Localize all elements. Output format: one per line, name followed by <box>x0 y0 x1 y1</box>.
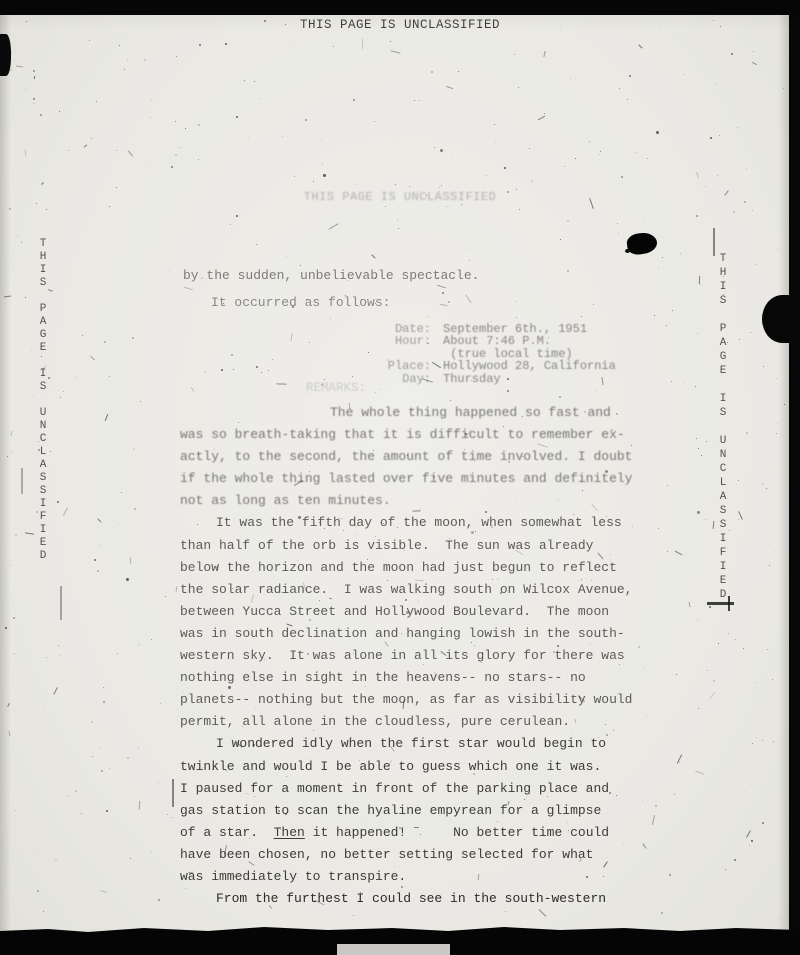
scratch-mark <box>21 468 23 494</box>
text-line: From the furthest I could see in the sou… <box>180 888 660 910</box>
detail-label: Hour: <box>381 335 431 347</box>
scratch-mark <box>172 779 174 807</box>
text-segment: it happened! No better time could <box>305 825 609 840</box>
text-line: twinkle and would I be able to guess whi… <box>180 756 660 778</box>
detail-label: Day: <box>381 373 431 385</box>
text-line: nothing else in sight in the heavens-- n… <box>180 667 660 689</box>
text-line: western sky. It was alone in all its glo… <box>180 645 660 667</box>
text-line: the solar radiance. I was walking south … <box>180 579 660 601</box>
detail-label: Place: <box>381 360 431 372</box>
text-line: was so breath-taking that it is difficul… <box>180 424 660 446</box>
detail-row-place: Place: Hollywood 28, California <box>381 360 616 372</box>
detail-value: Thursday <box>443 373 501 385</box>
text-line-then-it-happened: of a star. Then it happened! No better t… <box>180 822 660 844</box>
next-page-sliver <box>337 944 450 955</box>
text-segment: of a star. <box>180 825 274 840</box>
text-line: The whole thing happened so fast and <box>180 402 660 424</box>
scan-right-border <box>789 0 800 955</box>
intro-line: by the sudden, unbelievable spectacle. <box>183 268 479 283</box>
text-line: gas station to scan the hyaline empyrean… <box>180 800 660 822</box>
sighting-details-block: Date: September 6th., 1951 Hour: About 7… <box>381 323 616 385</box>
text-line: not as long as ten minutes. <box>180 490 660 512</box>
intro-line: It occurred as follows: <box>211 295 390 310</box>
text-line: was immediately to transpire. <box>180 866 660 888</box>
scan-top-border <box>0 0 800 15</box>
text-line: below the horizon and the moon had just … <box>180 557 660 579</box>
text-line: It was the fifth day of the moon, when s… <box>180 512 660 534</box>
text-line: than half of the orb is visible. The sun… <box>180 535 660 557</box>
detail-value: Hollywood 28, California <box>443 360 616 372</box>
detail-row-day: Day: Thursday <box>381 373 616 385</box>
margin-tick-mark <box>707 602 734 605</box>
detail-value: About 7:46 P.M. <box>443 335 551 347</box>
text-line: I paused for a moment in front of the pa… <box>180 778 660 800</box>
text-line: planets-- nothing but the moon, as far a… <box>180 689 660 711</box>
text-line: permit, all alone in the cloudless, pure… <box>180 711 660 733</box>
text-line: between Yucca Street and Hollywood Boule… <box>180 601 660 623</box>
paragraph-3: I wondered idly when the first star woul… <box>180 733 660 888</box>
scratch-mark <box>60 586 62 620</box>
paragraph-2: It was the fifth day of the moon, when s… <box>180 512 660 733</box>
underlined-word: Then <box>274 825 305 840</box>
typewritten-text: by the sudden, unbelievable spectacle. I… <box>0 0 800 955</box>
scratch-mark <box>713 228 715 256</box>
text-line: if the whole thing lasted over five minu… <box>180 468 660 490</box>
text-line: have been chosen, no better setting sele… <box>180 844 660 866</box>
detail-row-hour: Hour: About 7:46 P.M. <box>381 335 616 347</box>
remarks-label: REMARKS: <box>306 381 366 395</box>
text-line: I wondered idly when the first star woul… <box>180 733 660 755</box>
scanned-document-page: THIS PAGE IS UNCLASSIFIED THIS PAGE IS U… <box>0 0 800 955</box>
report-body: The whole thing happened so fast and was… <box>180 402 660 910</box>
paragraph-4: From the furthest I could see in the sou… <box>180 888 660 910</box>
text-line: was in south declination and hanging low… <box>180 623 660 645</box>
ink-blob-dot <box>625 249 630 253</box>
ink-mark-top-left-edge <box>0 34 11 76</box>
text-line: actly, to the second, the amount of time… <box>180 446 660 468</box>
paragraph-1: The whole thing happened so fast and was… <box>180 402 660 512</box>
